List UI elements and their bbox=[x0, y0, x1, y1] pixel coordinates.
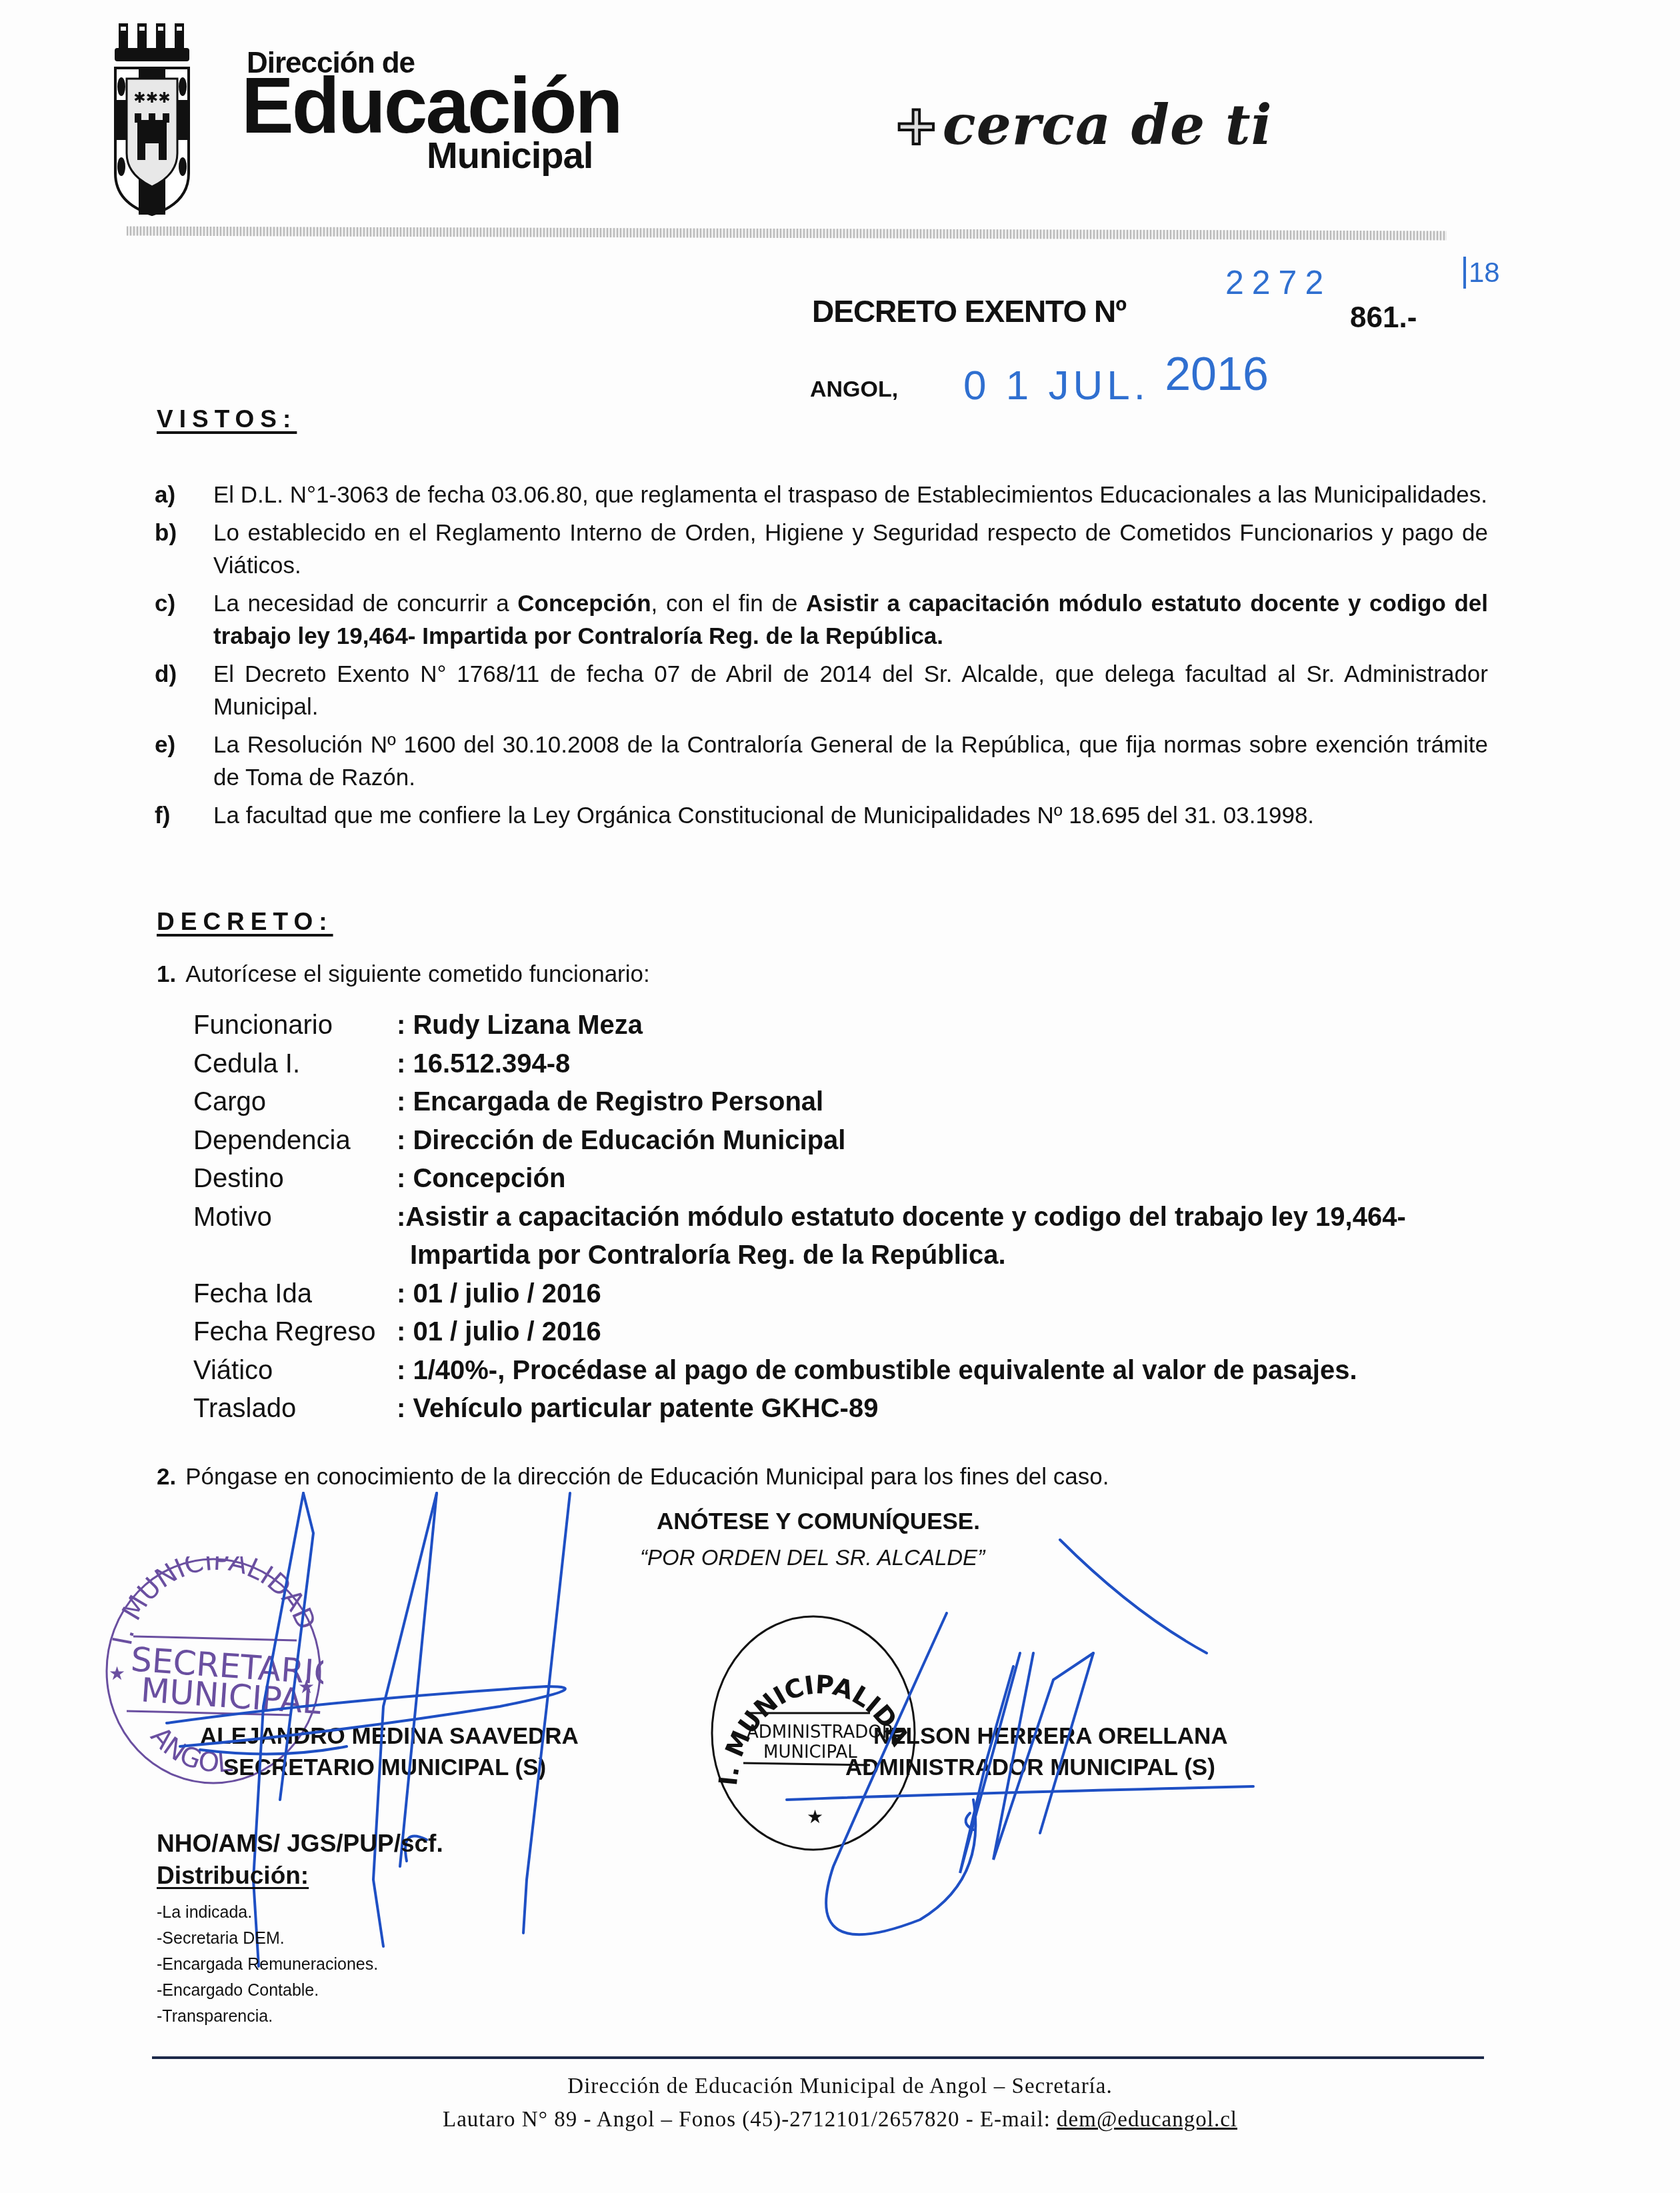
vistos-item: d) El Decreto Exento N° 1768/11 de fecha… bbox=[155, 658, 1488, 723]
field-destino: Destino: Concepción bbox=[193, 1160, 1493, 1198]
field-value-line2: Impartida por Contraloría Reg. de la Rep… bbox=[397, 1236, 1493, 1275]
reference-initials: NHO/AMS/ JGS/PUP/scf. bbox=[157, 1830, 443, 1858]
field-dependencia: Dependencia: Dirección de Educación Muni… bbox=[193, 1122, 1493, 1160]
distribution-item: -Transparencia. bbox=[157, 2004, 378, 2030]
distribution-heading: Distribución: bbox=[157, 1862, 309, 1890]
coat-of-arms-icon: ✱✱✱ bbox=[112, 20, 192, 220]
field-fecha-regreso: Fecha Regreso: 01 / julio / 2016 bbox=[193, 1313, 1493, 1352]
field-label: Motivo bbox=[193, 1198, 397, 1275]
field-label: Traslado bbox=[193, 1390, 397, 1428]
field-value: : Vehículo particular patente GKHC-89 bbox=[397, 1390, 1493, 1428]
field-funcionario: Funcionario: Rudy Lizana Meza bbox=[193, 1007, 1493, 1045]
footer-divider bbox=[152, 2056, 1484, 2059]
field-value: : Encargada de Registro Personal bbox=[397, 1083, 1493, 1122]
svg-text:★: ★ bbox=[109, 1662, 125, 1684]
field-label: Funcionario bbox=[193, 1007, 397, 1045]
signer-right-name: NELSON HERRERA ORELLANA bbox=[873, 1723, 1228, 1750]
item-destination: Concepción bbox=[517, 591, 651, 617]
plus-icon: + bbox=[893, 94, 940, 157]
field-value: : 01 / julio / 2016 bbox=[397, 1313, 1493, 1352]
field-value-line1: :Asistir a capacitación módulo estatuto … bbox=[397, 1202, 1406, 1232]
stamp-month: JUL. bbox=[1048, 363, 1149, 409]
field-label: Fecha Regreso bbox=[193, 1313, 397, 1352]
vistos-item: f) La facultad que me confiere la Ley Or… bbox=[155, 799, 1488, 832]
decreto-item-2: 2.Póngase en conocimiento de la direcció… bbox=[157, 1464, 1109, 1490]
distribution-item: -La indicada. bbox=[157, 1900, 378, 1926]
stamp-day: 0 1 bbox=[963, 363, 1033, 409]
distribution-item: -Encargada Remuneraciones. bbox=[157, 1952, 378, 1978]
vistos-heading: VISTOS: bbox=[157, 405, 297, 433]
decree-number: 861.- bbox=[1350, 301, 1417, 335]
stamp-corner-mark: 18 bbox=[1463, 257, 1500, 289]
item-number: 2. bbox=[157, 1464, 176, 1490]
closing-orden: “POR ORDEN DEL SR. ALCALDE” bbox=[640, 1545, 985, 1570]
secretario-seal-icon: I. MUNICIPALIDAD SECRETARIO MUNICIPAL AN… bbox=[103, 1556, 323, 1786]
svg-text:✱✱✱: ✱✱✱ bbox=[133, 90, 170, 107]
vistos-list: a) El D.L. N°1-3063 de fecha 03.06.80, q… bbox=[155, 479, 1488, 837]
item-text-pre: La necesidad de concurrir a bbox=[213, 591, 517, 617]
item-text: Lo establecido en el Reglamento Interno … bbox=[213, 517, 1488, 582]
decreto-item-1: 1.Autorícese el siguiente cometido funci… bbox=[157, 961, 650, 988]
item-number: 1. bbox=[157, 961, 176, 987]
field-label: Cedula I. bbox=[193, 1045, 397, 1084]
item-letter: c) bbox=[155, 587, 213, 653]
item-letter: d) bbox=[155, 658, 213, 723]
item-text: La facultad que me confiere la Ley Orgán… bbox=[213, 799, 1488, 832]
field-value: : 01 / julio / 2016 bbox=[397, 1275, 1493, 1314]
signer-right-role: ADMINISTRADOR MUNICIPAL (S) bbox=[845, 1754, 1215, 1781]
item-text: El Decreto Exento N° 1768/11 de fecha 07… bbox=[213, 658, 1488, 723]
vistos-item: a) El D.L. N°1-3063 de fecha 03.06.80, q… bbox=[155, 479, 1488, 511]
footer-contact: Lautaro N° 89 - Angol – Fonos (45)-27121… bbox=[0, 2108, 1680, 2132]
closing-anotese: ANÓTESE Y COMUNÍQUESE. bbox=[657, 1508, 980, 1535]
field-cedula: Cedula I.: 16.512.394-8 bbox=[193, 1045, 1493, 1084]
field-label: Destino bbox=[193, 1160, 397, 1198]
svg-text:MUNICIPAL: MUNICIPAL bbox=[763, 1742, 857, 1762]
field-value: : Dirección de Educación Municipal bbox=[397, 1122, 1493, 1160]
distribution-item: -Encargado Contable. bbox=[157, 1978, 378, 2004]
vistos-item: b) Lo establecido en el Reglamento Inter… bbox=[155, 517, 1488, 582]
item-letter: f) bbox=[155, 799, 213, 832]
field-motivo: Motivo:Asistir a capacitación módulo est… bbox=[193, 1198, 1493, 1275]
item-text: El D.L. N°1-3063 de fecha 03.06.80, que … bbox=[213, 479, 1488, 511]
field-label: Viático bbox=[193, 1352, 397, 1390]
stamped-number: 2272 bbox=[1225, 263, 1331, 302]
slogan-text: cerca de ti bbox=[943, 93, 1273, 157]
item-letter: b) bbox=[155, 517, 213, 582]
city-label: ANGOL, bbox=[810, 377, 898, 403]
item-text: Autorícese el siguiente cometido funcion… bbox=[185, 961, 650, 987]
item-text-mid: , con el fin de bbox=[651, 591, 807, 617]
brand-line-3: Municipal bbox=[427, 133, 593, 177]
field-value: : 1/40%-, Procédase al pago de combustib… bbox=[397, 1352, 1493, 1390]
footer-email-link[interactable]: dem@educangol.cl bbox=[1057, 2108, 1237, 2132]
field-value: :Asistir a capacitación módulo estatuto … bbox=[397, 1198, 1493, 1275]
field-value: : 16.512.394-8 bbox=[397, 1045, 1493, 1084]
item-text: La Resolución Nº 1600 del 30.10.2008 de … bbox=[213, 729, 1488, 794]
distribution-item: -Secretaria DEM. bbox=[157, 1926, 378, 1952]
item-text: La necesidad de concurrir a Concepción, … bbox=[213, 587, 1488, 653]
field-fecha-ida: Fecha Ida: 01 / julio / 2016 bbox=[193, 1275, 1493, 1314]
item-letter: e) bbox=[155, 729, 213, 794]
field-label: Cargo bbox=[193, 1083, 397, 1122]
item-text: Póngase en conocimiento de la dirección … bbox=[185, 1464, 1109, 1490]
field-traslado: Traslado: Vehículo particular patente GK… bbox=[193, 1390, 1493, 1428]
vistos-item: e) La Resolución Nº 1600 del 30.10.2008 … bbox=[155, 729, 1488, 794]
assignment-fields: Funcionario: Rudy Lizana Meza Cedula I.:… bbox=[193, 1007, 1493, 1428]
svg-text:★: ★ bbox=[298, 1676, 315, 1698]
svg-text:I. MUNICIPALIDAD: I. MUNICIPALIDAD bbox=[107, 1556, 322, 1648]
item-letter: a) bbox=[155, 479, 213, 511]
stamped-date: 0 1 JUL. 2016 bbox=[963, 357, 1269, 410]
field-label: Fecha Ida bbox=[193, 1275, 397, 1314]
vistos-item: c) La necesidad de concurrir a Concepció… bbox=[155, 587, 1488, 653]
field-value: : Rudy Lizana Meza bbox=[397, 1007, 1493, 1045]
field-cargo: Cargo: Encargada de Registro Personal bbox=[193, 1083, 1493, 1122]
footer-address: Lautaro N° 89 - Angol – Fonos (45)-27121… bbox=[443, 2108, 1057, 2132]
decree-title: DECRETO EXENTO Nº bbox=[812, 293, 1126, 329]
field-value: : Concepción bbox=[397, 1160, 1493, 1198]
svg-text:ADMINISTRADOR: ADMINISTRADOR bbox=[747, 1722, 894, 1742]
svg-text:★: ★ bbox=[807, 1806, 823, 1828]
distribution-list: -La indicada. -Secretaria DEM. -Encargad… bbox=[157, 1900, 378, 2030]
header-divider bbox=[127, 227, 1447, 241]
stamp-year: 2016 bbox=[1165, 348, 1269, 400]
field-label: Dependencia bbox=[193, 1122, 397, 1160]
decreto-heading: DECRETO: bbox=[157, 908, 333, 936]
signer-left-role: SECRETARIO MUNICIPAL (S) bbox=[223, 1754, 546, 1781]
signer-left-name: ALEJANDRO MEDINA SAAVEDRA bbox=[200, 1723, 579, 1750]
field-viatico: Viático: 1/40%-, Procédase al pago de co… bbox=[193, 1352, 1493, 1390]
footer-office: Dirección de Educación Municipal de Ango… bbox=[0, 2074, 1680, 2099]
slogan: +cerca de ti bbox=[893, 93, 1273, 157]
